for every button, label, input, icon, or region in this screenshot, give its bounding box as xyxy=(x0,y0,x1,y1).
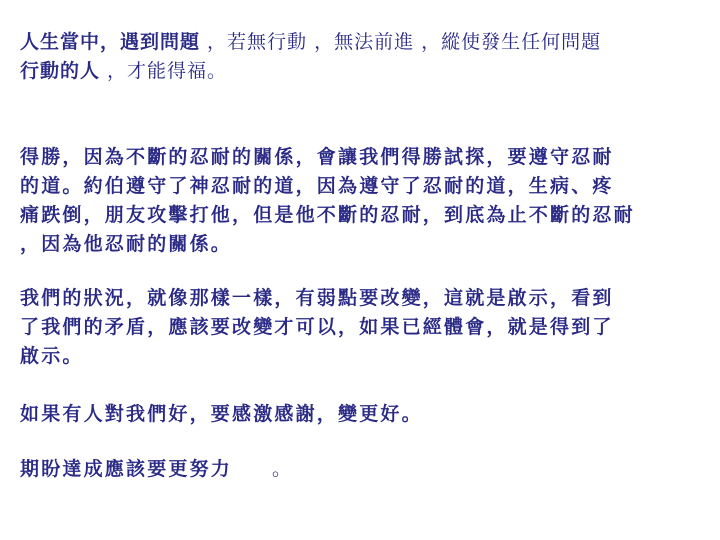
effort-phrase: 期盼達成應該要更努力 xyxy=(20,458,232,480)
regular-phrase: ，若無行動 ，無法前進 ，縱使發生任何問題 xyxy=(200,31,601,53)
text-line: 得勝，因為不斷的忍耐的關係，會讓我們得勝試探，要遵守忍耐 xyxy=(20,143,700,172)
regular-phrase: ，才能得福。 xyxy=(100,60,227,82)
text-line: 了我們的矛盾，應該要改變才可以，如果已經體會，就是得到了 xyxy=(20,313,700,342)
text-line: 如果有人對我們好，要感激感謝，變更好。 xyxy=(20,400,423,429)
bold-phrase: 人生當中，遇到問題 xyxy=(20,31,200,53)
text-line: 啟示。 xyxy=(20,342,700,371)
bold-phrase: 行動的人 xyxy=(20,60,100,82)
paragraph-intro: 人生當中，遇到問題 ，若無行動 ，無法前進 ，縱使發生任何問題 行動的人 ，才能… xyxy=(20,28,601,86)
text-line: 人生當中，遇到問題 ，若無行動 ，無法前進 ，縱使發生任何問題 xyxy=(20,28,601,57)
text-line: 的道。約伯遵守了神忍耐的道，因為遵守了忍耐的道，生病、疼 xyxy=(20,172,700,201)
text-line: 行動的人 ，才能得福。 xyxy=(20,57,601,86)
paragraph-effort: 期盼達成應該要更努力。 xyxy=(20,455,293,484)
paragraph-gratitude: 如果有人對我們好，要感激感謝，變更好。 xyxy=(20,400,423,429)
text-line: ，因為他忍耐的關係。 xyxy=(20,230,700,259)
text-line: 痛跌倒，朋友攻擊打他，但是他不斷的忍耐，到底為止不斷的忍耐 xyxy=(20,201,700,230)
paragraph-revelation: 我們的狀況，就像那樣一樣，有弱點要改變，這就是啟示，看到 了我們的矛盾，應該要改… xyxy=(20,284,700,371)
paragraph-endurance: 得勝，因為不斷的忍耐的關係，會讓我們得勝試探，要遵守忍耐 的道。約伯遵守了神忍耐… xyxy=(20,143,700,259)
text-line: 我們的狀況，就像那樣一樣，有弱點要改變，這就是啟示，看到 xyxy=(20,284,700,313)
slide: 人生當中，遇到問題 ，若無行動 ，無法前進 ，縱使發生任何問題 行動的人 ，才能… xyxy=(0,0,720,540)
trailing-period: 。 xyxy=(272,458,293,480)
text-line: 期盼達成應該要更努力。 xyxy=(20,455,293,484)
